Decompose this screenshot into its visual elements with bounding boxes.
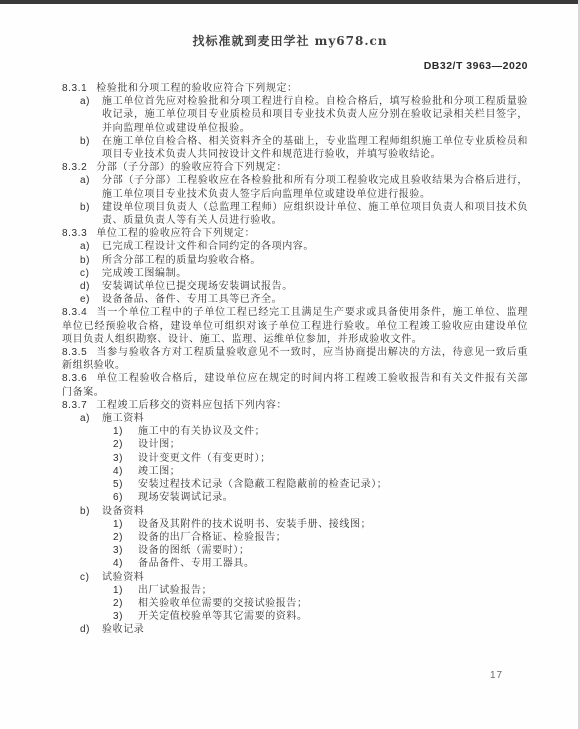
list-item: c)试验资料 [62,571,528,584]
watermark-text: 找标准就到麦田学社 my678.cn [0,32,580,49]
clause-number: 8.3.6 [62,373,87,384]
item-label: e) [80,293,102,306]
clause-8.3.6: 8.3.6单位工程验收合格后，建设单位应在规定的时间内将工程竣工验收报告和有关文… [62,372,528,398]
clause-8.3.7: 8.3.7工程竣工后移交的资料应包括下列内容： [62,399,528,412]
item-label: 1) [113,425,138,438]
page-number: 17 [490,670,503,681]
clause-text: 单位工程验收合格后，建设单位应在规定的时间内将工程竣工验收报告和有关文件报有关部… [62,373,528,397]
item-label: c) [80,267,102,280]
list-item: a)已完成工程设计文件和合同约定的各项内容。 [62,240,528,253]
doc-code-header: DB32/T 3963—2020 [424,60,528,72]
item-label: 3) [113,544,138,557]
item-text: 设备及其附件的技术说明书、安装手册、接线图； [138,519,371,530]
item-text: 设备备品、备件、专用工具等已齐全。 [102,294,282,305]
item-label: a) [80,95,102,108]
item-label: a) [80,412,102,425]
list-item: b)在施工单位自检合格、相关资料齐全的基础上，专业监理工程师组织施工单位专业质检… [62,135,528,161]
clause-number: 8.3.4 [62,307,87,318]
clause-text: 单位工程的验收应符合下列规定： [96,228,255,239]
document-page: 找标准就到麦田学社 my678.cn DB32/T 3963—2020 8.3.… [0,0,580,729]
item-label: 2) [113,597,138,610]
item-text: 设备的图纸（需要时）； [138,545,250,556]
item-label: 1) [113,584,138,597]
sub-list-item: 1)施工中的有关协议及文件； [62,425,528,438]
item-text: 开关定值校验单等其它需要的资料。 [138,611,308,622]
item-label: 4) [113,557,138,570]
list-item: a)分部（子分部）工程验收应在各检验批和所有分项工程验收完成且验收结果为合格后进… [62,174,528,200]
clause-text: 当参与验收各方对工程质量验收意见不一致时，应当协商提出解决的方法，待意见一致后重… [62,347,528,371]
item-text: 设备资料 [102,506,144,517]
sub-list-item: 2)设计图； [62,438,528,451]
item-label: 3) [113,452,138,465]
clause-number: 8.3.2 [62,162,87,173]
item-label: 4) [113,465,138,478]
item-text: 施工中的有关协议及文件； [138,426,265,437]
item-text: 施工单位首先应对检验批和分项工程进行自检。自检合格后，填写检验批和分项工程质量验… [102,96,528,133]
item-text: 出厂试验报告； [138,585,212,596]
top-edge-bar [0,0,580,4]
sub-list-item: 3)设计变更文件（有变更时）； [62,452,528,465]
sub-list-item: 3)设备的图纸（需要时）； [62,544,528,557]
item-text: 已完成工程设计文件和合同约定的各项内容。 [102,241,314,252]
item-text: 安装过程技术记录（含隐蔽工程隐蔽前的检查记录）； [138,479,387,490]
list-item: e)设备备品、备件、专用工具等已齐全。 [62,293,528,306]
document-body: 8.3.1检验批和分项工程的验收应符合下列规定：a)施工单位首先应对检验批和分项… [62,82,528,637]
item-text: 完成竣工图编制。 [102,268,187,279]
item-text: 安装调试单位已提交现场安装调试报告。 [102,281,293,292]
sub-list-item: 4)备品备件、专用工器具。 [62,557,528,570]
clause-text: 当一个单位工程中的子单位工程已经完工且满足生产要求或具备使用条件，施工单位、监理… [62,307,528,344]
list-item: a)施工单位首先应对检验批和分项工程进行自检。自检合格后，填写检验批和分项工程质… [62,95,528,135]
item-text: 施工资料 [102,413,144,424]
clause-text: 工程竣工后移交的资料应包括下列内容： [96,400,287,411]
item-label: 2) [113,531,138,544]
list-item: a)施工资料 [62,412,528,425]
list-item: d)验收记录 [62,623,528,636]
list-item: c)完成竣工图编制。 [62,267,528,280]
clause-number: 8.3.5 [62,347,87,358]
item-label: 2) [113,438,138,451]
sub-list-item: 4)竣工图； [62,465,528,478]
list-item: b)建设单位项目负责人（总监理工程师）应组织设计单位、施工单位项目负责人和项目技… [62,201,528,227]
clause-number: 8.3.7 [62,400,87,411]
item-text: 验收记录 [102,624,144,635]
clause-number: 8.3.3 [62,228,87,239]
item-label: b) [80,505,102,518]
sub-list-item: 1)出厂试验报告； [62,584,528,597]
item-label: 3) [113,610,138,623]
item-text: 建设单位项目负责人（总监理工程师）应组织设计单位、施工单位项目负责人和项目技术负… [102,202,528,226]
item-text: 在施工单位自检合格、相关资料齐全的基础上，专业监理工程师组织施工单位专业质检员和… [102,136,528,160]
sub-list-item: 6)现场安装调试记录。 [62,491,528,504]
item-text: 现场安装调试记录。 [138,492,233,503]
clause-text: 检验批和分项工程的验收应符合下列规定： [96,83,297,94]
sub-list-item: 1)设备及其附件的技术说明书、安装手册、接线图； [62,518,528,531]
item-text: 设计变更文件（有变更时）； [138,453,271,464]
clause-8.3.4: 8.3.4当一个单位工程中的子单位工程已经完工且满足生产要求或具备使用条件，施工… [62,306,528,346]
item-label: 5) [113,478,138,491]
item-label: a) [80,240,102,253]
item-label: a) [80,174,102,187]
item-text: 所含分部工程的质量均验收合格。 [102,255,261,266]
sub-list-item: 5)安装过程技术记录（含隐蔽工程隐蔽前的检查记录）； [62,478,528,491]
sub-list-item: 2)设备的出厂合格证、检验报告； [62,531,528,544]
list-item: b)设备资料 [62,505,528,518]
list-item: b)所含分部工程的质量均验收合格。 [62,254,528,267]
clause-8.3.1: 8.3.1检验批和分项工程的验收应符合下列规定： [62,82,528,95]
item-text: 分部（子分部）工程验收应在各检验批和所有分项工程验收完成且验收结果为合格后进行，… [102,175,528,199]
clause-text: 分部（子分部）的验收应符合下列规定： [96,162,287,173]
item-text: 相关验收单位需要的交接试验报告； [138,598,308,609]
item-label: d) [80,623,102,636]
item-text: 备品备件、专用工器具。 [138,558,255,569]
item-label: c) [80,571,102,584]
item-label: b) [80,254,102,267]
item-label: b) [80,201,102,214]
clause-8.3.2: 8.3.2分部（子分部）的验收应符合下列规定： [62,161,528,174]
item-label: 6) [113,491,138,504]
sub-list-item: 2)相关验收单位需要的交接试验报告； [62,597,528,610]
clause-8.3.5: 8.3.5当参与验收各方对工程质量验收意见不一致时，应当协商提出解决的方法，待意… [62,346,528,372]
clause-8.3.3: 8.3.3单位工程的验收应符合下列规定： [62,227,528,240]
item-label: d) [80,280,102,293]
item-text: 设备的出厂合格证、检验报告； [138,532,286,543]
item-label: 1) [113,518,138,531]
item-text: 竣工图； [138,466,180,477]
item-text: 设计图； [138,439,180,450]
list-item: d)安装调试单位已提交现场安装调试报告。 [62,280,528,293]
clause-number: 8.3.1 [62,83,87,94]
item-label: b) [80,135,102,148]
sub-list-item: 3)开关定值校验单等其它需要的资料。 [62,610,528,623]
item-text: 试验资料 [102,572,144,583]
